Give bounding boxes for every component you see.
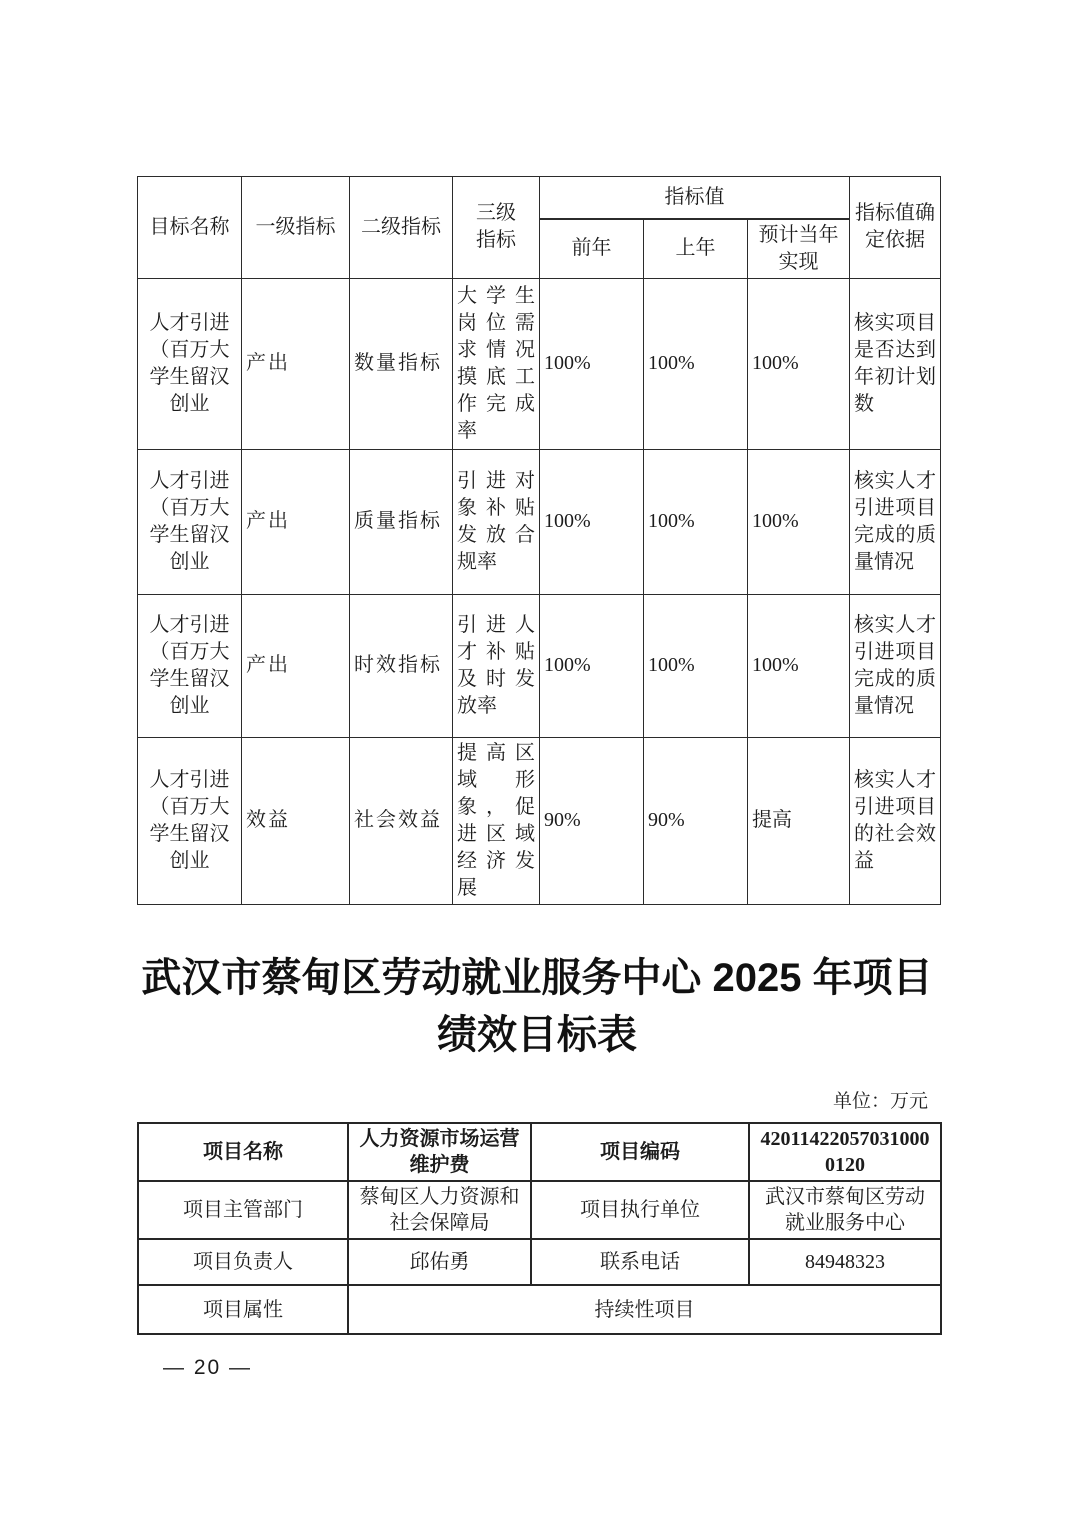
- indicator-row-4: 人才引进（百万大学生留汉创业 效益 社会效益 提高区域形象，促进区域经济发展 9…: [138, 737, 941, 904]
- indicator-table: 目标名称 一级指标 二级指标 三级指标 指标值 指标值确定依据 前年 上年 预计…: [137, 176, 941, 905]
- level2-cell: 数量指标: [350, 278, 453, 449]
- header-level3: 三级指标: [453, 177, 540, 279]
- project-attribute-value: 持续性项目: [348, 1285, 941, 1334]
- header-basis: 指标值确定依据: [850, 177, 941, 279]
- header-prev-year: 前年: [540, 219, 644, 279]
- project-code-label: 项目编码: [531, 1123, 749, 1181]
- executing-unit-value: 武汉市蔡甸区劳动就业服务中心: [749, 1181, 941, 1239]
- section-title: 武汉市蔡甸区劳动就业服务中心 2025 年项目 绩效目标表: [0, 950, 1074, 1064]
- level2-cell: 时效指标: [350, 594, 453, 737]
- project-attribute-label: 项目属性: [138, 1285, 348, 1334]
- indicator-header-row-1: 目标名称 一级指标 二级指标 三级指标 指标值 指标值确定依据: [138, 177, 941, 219]
- project-leader-label: 项目负责人: [138, 1239, 348, 1285]
- basis-cell: 核实人才引进项目完成的质量情况: [850, 594, 941, 737]
- level3-cell: 大学生岗位需求情况摸底工作完成率: [453, 278, 540, 449]
- project-row-1: 项目名称 人力资源市场运营维护费 项目编码 420114220570310000…: [138, 1123, 941, 1181]
- header-last-year: 上年: [644, 219, 748, 279]
- contact-phone-value: 84948323: [749, 1239, 941, 1285]
- contact-phone-label: 联系电话: [531, 1239, 749, 1285]
- header-value-group: 指标值: [540, 177, 850, 219]
- supervisor-dept-label: 项目主管部门: [138, 1181, 348, 1239]
- indicator-row-2: 人才引进（百万大学生留汉创业 产出 质量指标 引进对象补贴发放合规率 100% …: [138, 449, 941, 594]
- goal-cell: 人才引进（百万大学生留汉创业: [138, 278, 242, 449]
- document-page: 目标名称 一级指标 二级指标 三级指标 指标值 指标值确定依据 前年 上年 预计…: [0, 0, 1074, 1520]
- basis-cell: 核实项目是否达到年初计划数: [850, 278, 941, 449]
- project-table: 项目名称 人力资源市场运营维护费 项目编码 420114220570310000…: [137, 1122, 942, 1335]
- last-year-value: 100%: [644, 594, 748, 737]
- goal-cell: 人才引进（百万大学生留汉创业: [138, 737, 242, 904]
- level3-cell: 提高区域形象，促进区域经济发展: [453, 737, 540, 904]
- header-level2: 二级指标: [350, 177, 453, 279]
- goal-cell: 人才引进（百万大学生留汉创业: [138, 594, 242, 737]
- project-name-value: 人力资源市场运营维护费: [348, 1123, 531, 1181]
- level1-cell: 产出: [242, 449, 350, 594]
- basis-cell: 核实人才引进项目的社会效益: [850, 737, 941, 904]
- level2-cell: 质量指标: [350, 449, 453, 594]
- header-level1: 一级指标: [242, 177, 350, 279]
- header-expected-current: 预计当年实现: [748, 219, 850, 279]
- level3-cell: 引进对象补贴发放合规率: [453, 449, 540, 594]
- goal-cell: 人才引进（百万大学生留汉创业: [138, 449, 242, 594]
- project-code-value: 420114220570310000120: [749, 1123, 941, 1181]
- last-year-value: 100%: [644, 278, 748, 449]
- section-title-line1: 武汉市蔡甸区劳动就业服务中心 2025 年项目: [0, 950, 1074, 1007]
- expected-current-value: 100%: [748, 449, 850, 594]
- level2-cell: 社会效益: [350, 737, 453, 904]
- expected-current-value: 100%: [748, 594, 850, 737]
- level1-cell: 产出: [242, 278, 350, 449]
- indicator-row-1: 人才引进（百万大学生留汉创业 产出 数量指标 大学生岗位需求情况摸底工作完成率 …: [138, 278, 941, 449]
- level1-cell: 产出: [242, 594, 350, 737]
- prev-year-value: 100%: [540, 449, 644, 594]
- last-year-value: 100%: [644, 449, 748, 594]
- project-row-2: 项目主管部门 蔡甸区人力资源和社会保障局 项目执行单位 武汉市蔡甸区劳动就业服务…: [138, 1181, 941, 1239]
- basis-cell: 核实人才引进项目完成的质量情况: [850, 449, 941, 594]
- expected-current-value: 100%: [748, 278, 850, 449]
- level3-cell: 引进人才补贴及时发放率: [453, 594, 540, 737]
- expected-current-value: 提高: [748, 737, 850, 904]
- last-year-value: 90%: [644, 737, 748, 904]
- level1-cell: 效益: [242, 737, 350, 904]
- project-row-3: 项目负责人 邱佑勇 联系电话 84948323: [138, 1239, 941, 1285]
- indicator-row-3: 人才引进（百万大学生留汉创业 产出 时效指标 引进人才补贴及时发放率 100% …: [138, 594, 941, 737]
- executing-unit-label: 项目执行单位: [531, 1181, 749, 1239]
- prev-year-value: 90%: [540, 737, 644, 904]
- section-title-line2: 绩效目标表: [0, 1007, 1074, 1064]
- prev-year-value: 100%: [540, 594, 644, 737]
- unit-note: 单位：万元: [833, 1086, 928, 1113]
- project-name-label: 项目名称: [138, 1123, 348, 1181]
- header-goal: 目标名称: [138, 177, 242, 279]
- prev-year-value: 100%: [540, 278, 644, 449]
- supervisor-dept-value: 蔡甸区人力资源和社会保障局: [348, 1181, 531, 1239]
- page-number: — 20 —: [163, 1356, 252, 1380]
- project-leader-value: 邱佑勇: [348, 1239, 531, 1285]
- project-row-4: 项目属性 持续性项目: [138, 1285, 941, 1334]
